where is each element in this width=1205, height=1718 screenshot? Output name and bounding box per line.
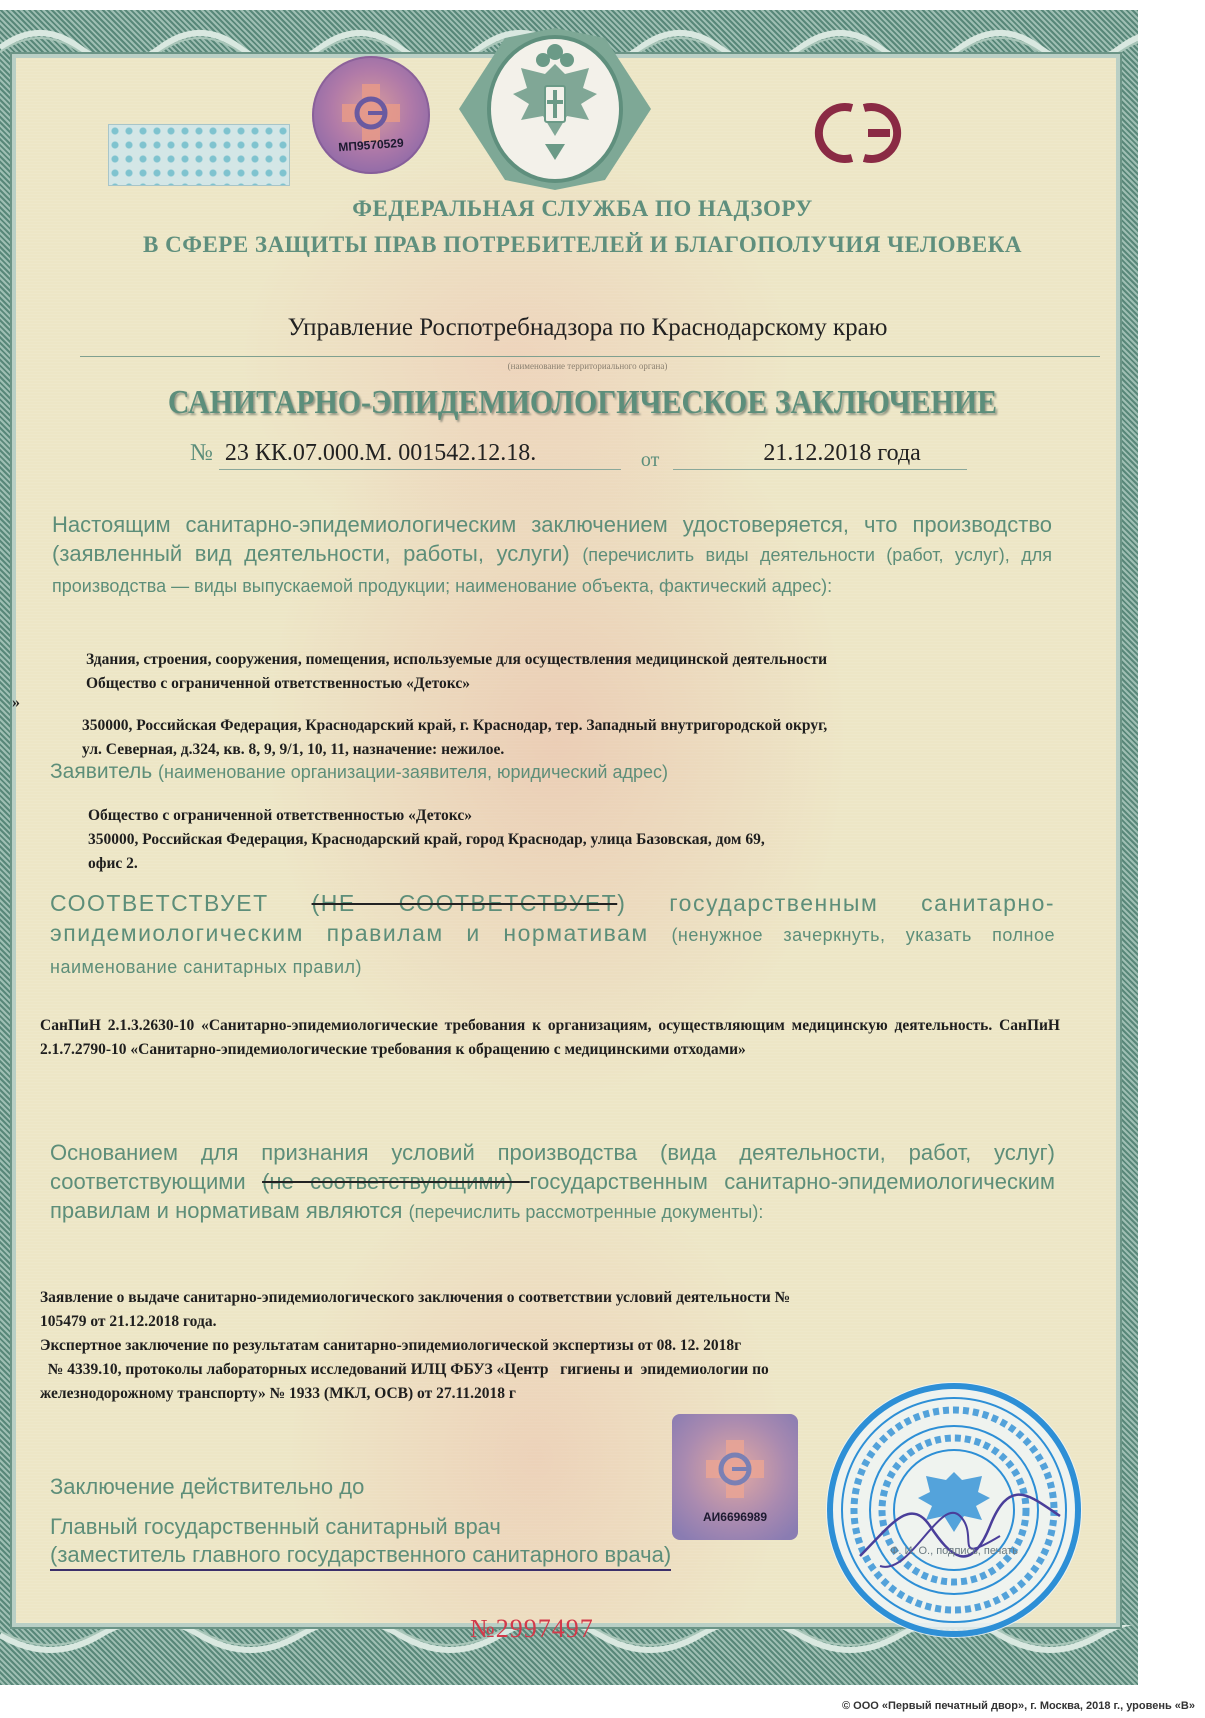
object-address-line-2: ул. Северная, д.324, кв. 8, 9, 9/1, 10, … <box>82 738 1092 762</box>
hologram-strip <box>108 124 290 186</box>
se-logo-icon <box>808 98 908 168</box>
applicant-label: Заявитель (наименование организации-заяв… <box>50 760 668 784</box>
deputy-label: (заместитель главного государственного с… <box>50 1542 671 1571</box>
applicant-line-3: офис 2. <box>88 852 1048 876</box>
applicant-line-1: Общество с ограниченной ответственностью… <box>88 804 1048 828</box>
applicant-line-2: 350000, Российская Федерация, Краснодарс… <box>88 828 1048 852</box>
from-label: от <box>641 449 659 471</box>
object-line-1: Здания, строения, сооружения, помещения,… <box>86 648 1086 672</box>
hologram-seal-bottom: АИ6696989 <box>672 1414 798 1540</box>
object-line-2: Общество с ограниченной ответственностью… <box>86 672 1086 696</box>
object-address: 350000, Российская Федерация, Краснодарс… <box>82 714 1092 762</box>
documents-line-1: Заявление о выдаче санитарно-эпидемиолог… <box>40 1286 1040 1310</box>
intro-paragraph: Настоящим санитарно-эпидемиологическим з… <box>52 510 1052 601</box>
basis-hint: (перечислить рассмотренные документы): <box>409 1202 764 1222</box>
sanitary-rules: СанПиН 2.1.3.2630-10 «Санитарно-эпидемио… <box>40 1014 1060 1062</box>
agency-title-line1: ФЕДЕРАЛЬНАЯ СЛУЖБА ПО НАДЗОРУ <box>30 196 1135 222</box>
basis-statement: Основанием для признания условий произво… <box>50 1138 1055 1227</box>
document-date: 21.12.2018 года <box>673 440 967 470</box>
compliance-struck-option: (НЕ СООТВЕТСТВУЕТ <box>312 890 618 916</box>
territorial-body-name: Управление Роспотребнадзора по Краснодар… <box>60 314 1115 342</box>
documents-line-3: Экспертное заключение по результатам сан… <box>40 1334 1040 1358</box>
document-number-row: №23 КК.07.000.М. 001542.12.18.от21.12.20… <box>190 440 967 470</box>
printer-imprint: © ООО «Первый печатный двор», г. Москва,… <box>842 1700 1195 1712</box>
stamp-caption: Ф. И. О., подпись, печать <box>890 1545 1018 1557</box>
hologram-serial-bottom: АИ6696989 <box>672 1510 798 1524</box>
document-title: САНИТАРНО-ЭПИДЕМИОЛОГИЧЕСКОЕ ЗАКЛЮЧЕНИЕ <box>96 384 1068 422</box>
divider <box>80 356 1100 357</box>
basis-struck-option: (не соответствующими) <box>262 1169 529 1194</box>
applicant-hint: (наименование организации-заявителя, юри… <box>158 762 668 782</box>
agency-title-line2: В СФЕРЕ ЗАЩИТЫ ПРАВ ПОТРЕБИТЕЛЕЙ И БЛАГО… <box>30 232 1135 258</box>
document-number: 23 КК.07.000.М. 001542.12.18. <box>219 440 621 470</box>
official-stamp-icon: Ф. И. О., подпись, печать <box>820 1376 1088 1644</box>
hologram-serial-top: МП9570529 <box>312 134 431 156</box>
number-sign: № <box>190 440 213 466</box>
hologram-cross-icon <box>340 82 402 144</box>
object-address-line-1: 350000, Российская Федерация, Краснодарс… <box>82 714 1092 738</box>
form-serial-number: №2997497 <box>470 1614 594 1644</box>
chief-doctor-label: Главный государственный санитарный врач <box>50 1514 501 1540</box>
object-description: Здания, строения, сооружения, помещения,… <box>86 648 1086 696</box>
documents-line-2: 105479 от 21.12.2018 года. <box>40 1310 1040 1334</box>
valid-until-label: Заключение действительно до <box>50 1474 364 1500</box>
applicant-label-text: Заявитель <box>50 760 152 783</box>
hologram-seal-top: МП9570529 <box>312 56 430 174</box>
compliance-status: СООТВЕТСТВУЕТ <box>50 890 269 916</box>
stray-quote-mark: » <box>12 694 20 712</box>
rospotrebnadzor-emblem-icon <box>455 24 655 194</box>
territorial-body-caption: (наименование территориального органа) <box>60 361 1115 371</box>
hologram-cross-icon <box>704 1438 766 1500</box>
applicant-details: Общество с ограниченной ответственностью… <box>88 804 1048 876</box>
compliance-statement: СООТВЕТСТВУЕТ (НЕ СООТВЕТСТВУЕТ) государ… <box>50 888 1055 982</box>
